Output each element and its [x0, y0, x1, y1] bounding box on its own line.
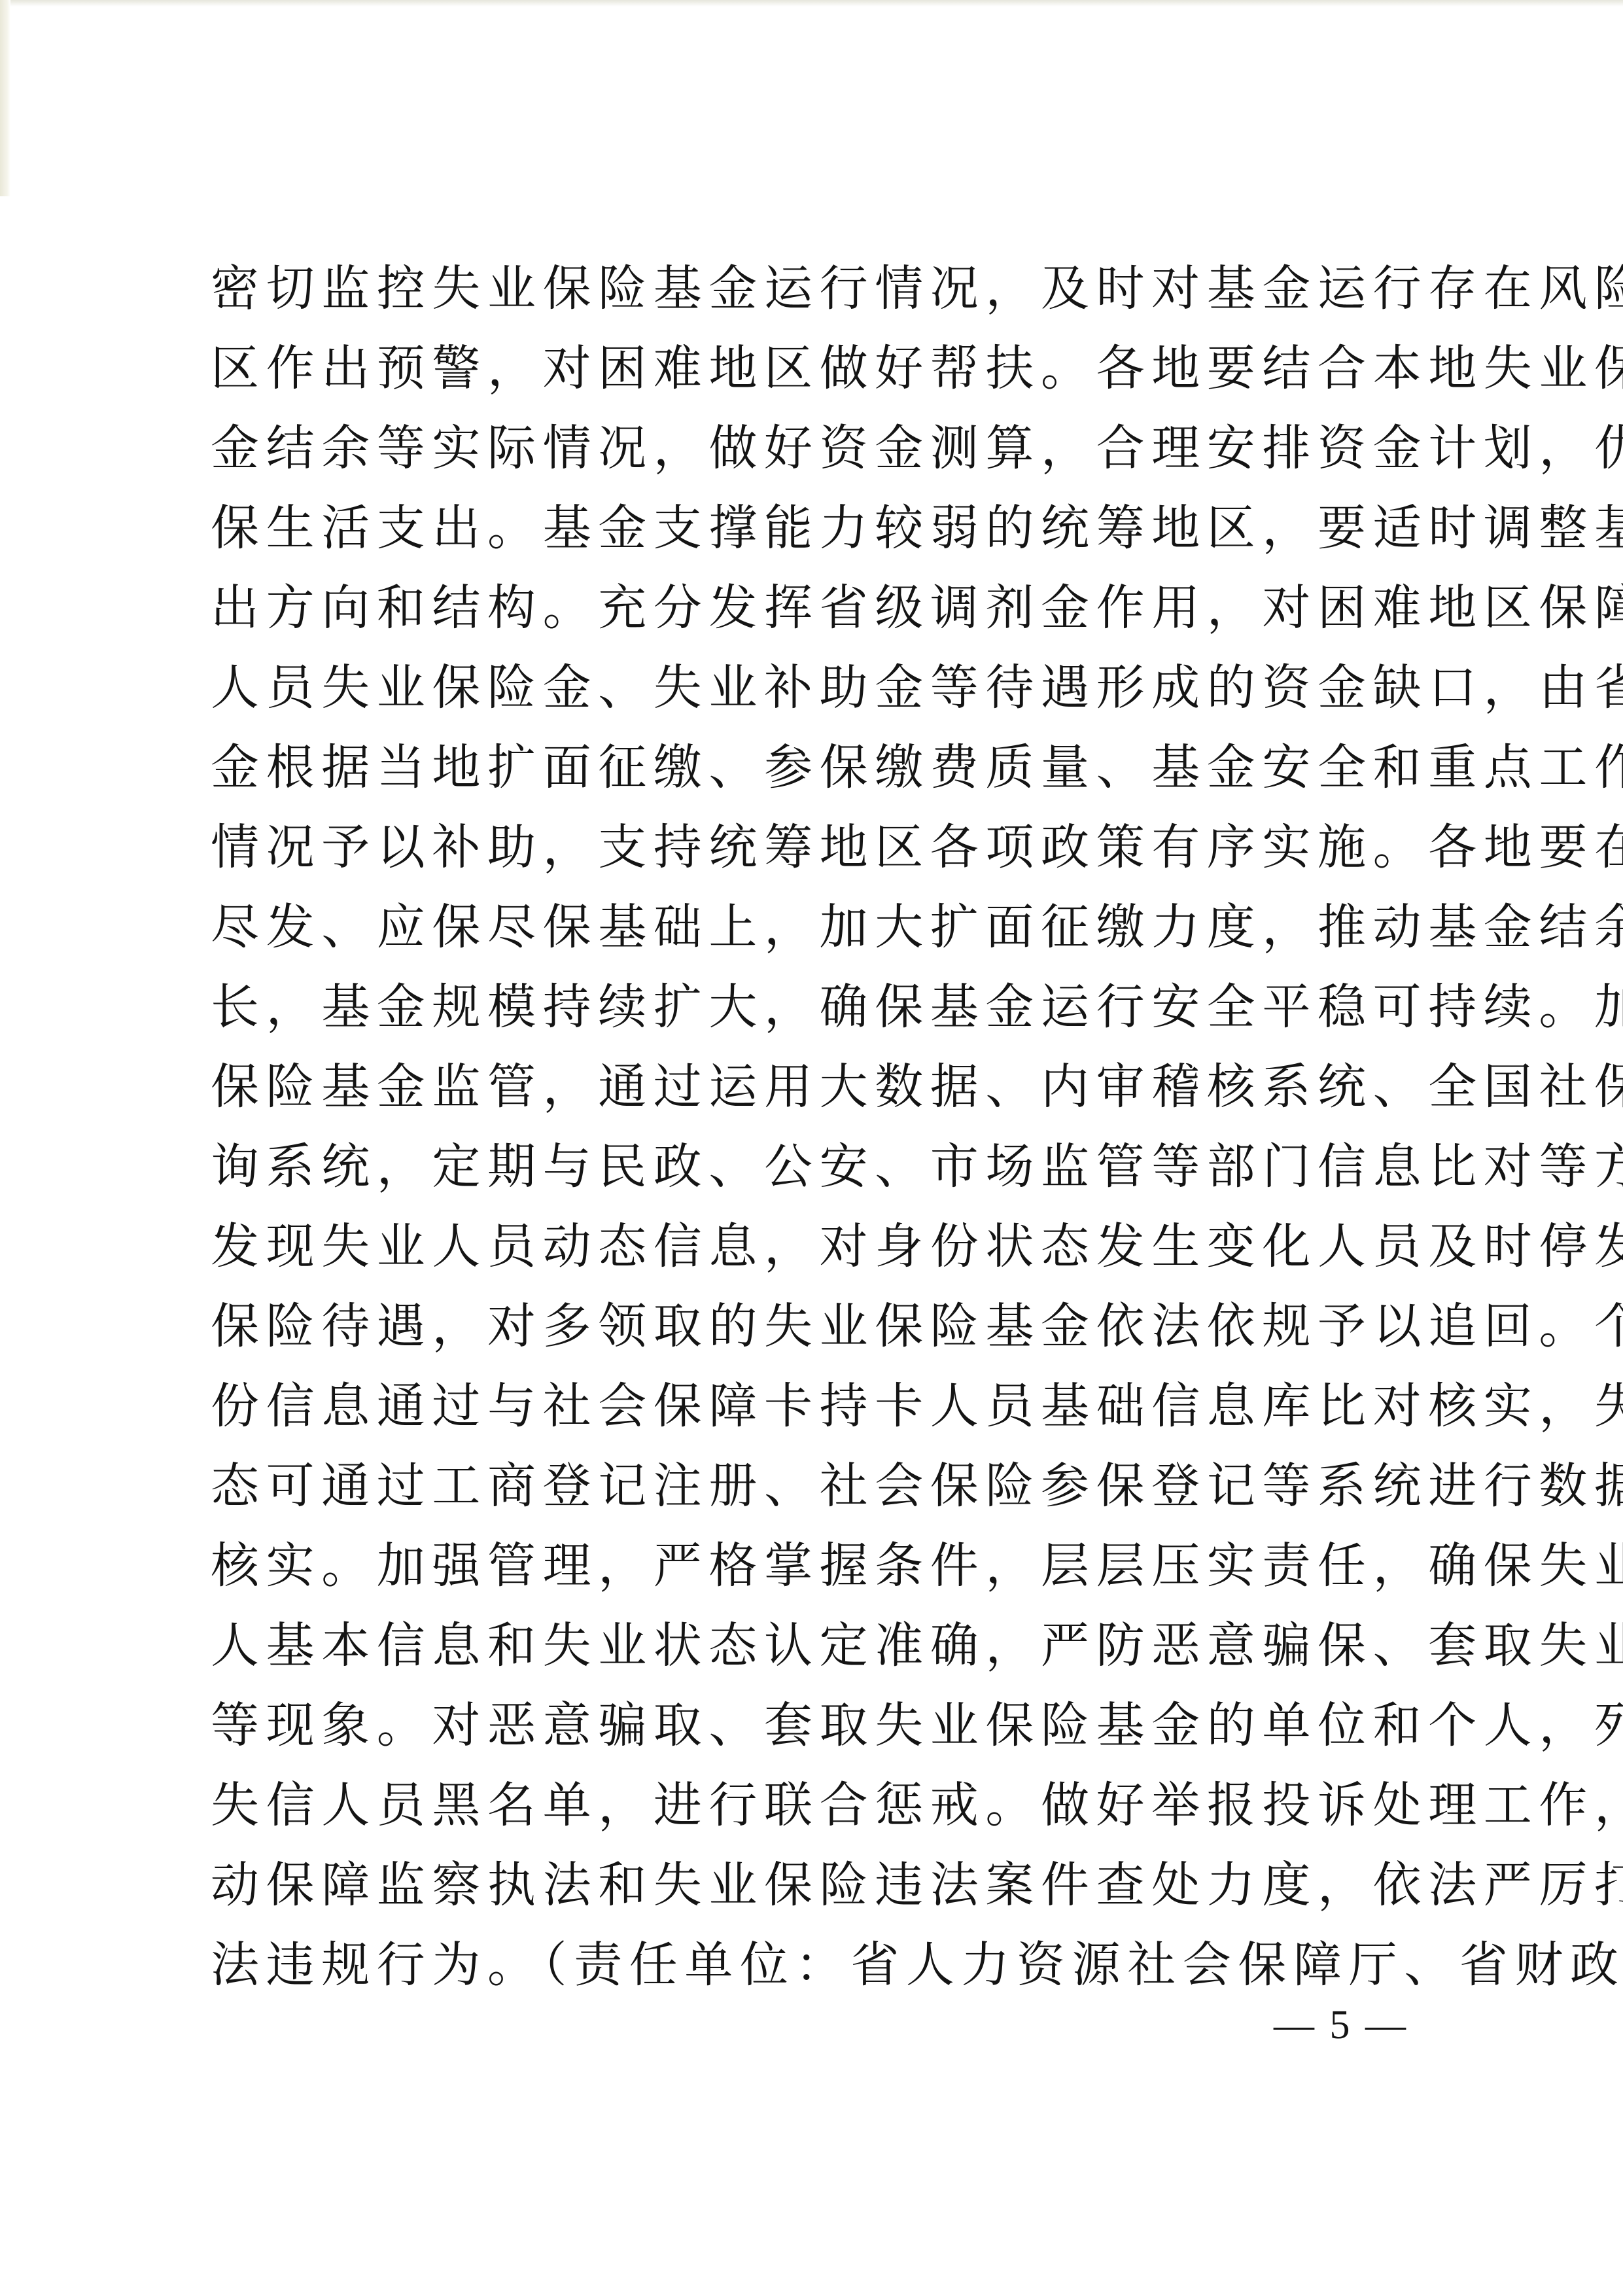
- text-line: 金结余等实际情况，做好资金测算，合理安排资金计划，优先保障: [211, 416, 1412, 496]
- text-line: 保险基金监管，通过运用大数据、内审稽核系统、全国社保联网查: [211, 1055, 1412, 1135]
- text-line: 密切监控失业保险基金运行情况，及时对基金运行存在风险的地: [211, 256, 1412, 336]
- text-line: 尽发、应保尽保基础上，加大扩面征缴力度，推动基金结余逐年增: [211, 895, 1412, 975]
- document-body: 密切监控失业保险基金运行情况，及时对基金运行存在风险的地 区作出预警，对困难地区…: [211, 256, 1412, 2013]
- text-line: 情况予以补助，支持统筹地区各项政策有序实施。各地要在应发: [211, 815, 1412, 895]
- text-line: 发现失业人员动态信息，对身份状态发生变化人员及时停发失业: [211, 1214, 1412, 1294]
- text-line: 人员失业保险金、失业补助金等待遇形成的资金缺口，由省级调剂: [211, 656, 1412, 735]
- text-line: 出方向和结构。充分发挥省级调剂金作用，对困难地区保障失业: [211, 576, 1412, 656]
- text-line: 长，基金规模持续扩大，确保基金运行安全平稳可持续。加强失业: [211, 975, 1412, 1055]
- text-line: 询系统，定期与民政、公安、市场监管等部门信息比对等方式，及时: [211, 1135, 1412, 1214]
- text-line: 金根据当地扩面征缴、参保缴费质量、基金安全和重点工作完成等: [211, 735, 1412, 815]
- text-line: 份信息通过与社会保障卡持卡人员基础信息库比对核实，失业状: [211, 1374, 1412, 1454]
- text-line: 等现象。对恶意骗取、套取失业保险基金的单位和个人，列入严重: [211, 1693, 1412, 1773]
- text-line: 失信人员黑名单，进行联合惩戒。做好举报投诉处理工作，加大劳: [211, 1773, 1412, 1853]
- page-number: — 5 —: [1269, 2002, 1413, 2049]
- text-line: 人基本信息和失业状态认定准确，严防恶意骗保、套取失业补助金: [211, 1614, 1412, 1693]
- text-line: 态可通过工商登记注册、社会保险参保登记等系统进行数据比对: [211, 1454, 1412, 1534]
- text-line: 核实。加强管理，严格掌握条件，层层压实责任，确保失业人员个: [211, 1534, 1412, 1614]
- text-line: 保险待遇，对多领取的失业保险基金依法依规予以追回。个人身: [211, 1294, 1412, 1374]
- text-line: 法违规行为。（责任单位：省人力资源社会保障厅、省财政厅，各: [211, 1933, 1412, 2013]
- text-line: 动保障监察执法和失业保险违法案件查处力度，依法严厉打击违: [211, 1853, 1412, 1933]
- scan-edge-left: [0, 0, 10, 196]
- scan-edge-top: [0, 0, 1623, 7]
- text-line: 区作出预警，对困难地区做好帮扶。各地要结合本地失业保险基: [211, 336, 1412, 416]
- text-line: 保生活支出。基金支撑能力较弱的统筹地区，要适时调整基金支: [211, 496, 1412, 576]
